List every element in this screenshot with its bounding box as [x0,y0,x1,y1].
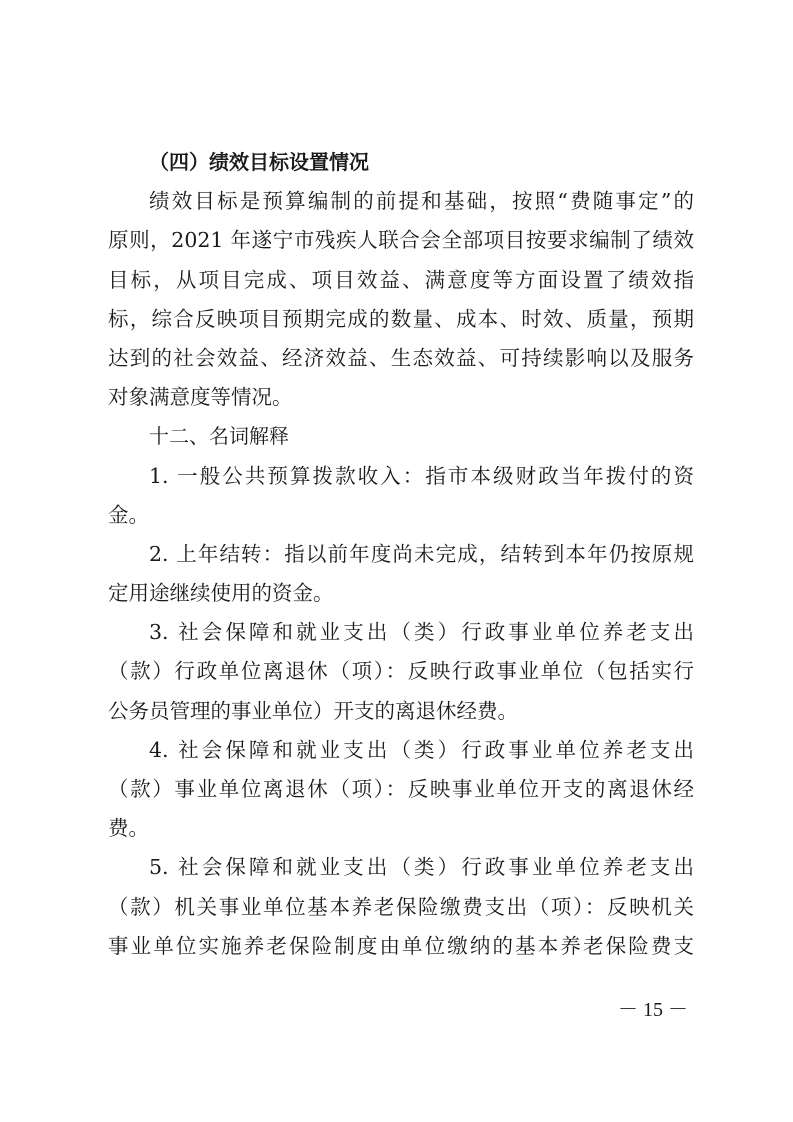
glossary-line: 金。 [108,496,694,535]
section-heading-glossary: 十二、名词解释 [108,417,694,456]
paragraph-line: 目标，从项目完成、项目效益、满意度等方面设置了绩效指 [108,261,694,300]
paragraph-line: 绩效目标是预算编制的前提和基础，按照“费随事定”的 [108,182,694,221]
glossary-line: 公务员管理的事业单位）开支的离退休经费。 [108,692,694,731]
glossary-line: （款）事业单位离退休（项）：反映事业单位开支的离退休经 [108,770,694,809]
glossary-item-2: 2. 上年结转：指以前年度尚未完成，结转到本年仍按原规 定用途继续使用的资金。 [108,535,694,613]
paragraph-line: 原则，2021 年遂宁市残疾人联合会全部项目按要求编制了绩效 [108,221,694,260]
glossary-line: 事业单位实施养老保险制度由单位缴纳的基本养老保险费支 [108,927,694,966]
glossary-line: （款）行政单位离退休（项）：反映行政事业单位（包括实行 [108,652,694,691]
page-number: － 15 － [618,993,688,1022]
paragraph-performance-goals: 绩效目标是预算编制的前提和基础，按照“费随事定”的 原则，2021 年遂宁市残疾… [108,182,694,417]
glossary-line: 5. 社会保障和就业支出（类）行政事业单位养老支出 [108,848,694,887]
glossary-line: 费。 [108,809,694,848]
glossary-line: 2. 上年结转：指以前年度尚未完成，结转到本年仍按原规 [108,535,694,574]
glossary-line: 1. 一般公共预算拨款收入：指市本级财政当年拨付的资 [108,457,694,496]
glossary-line: 4. 社会保障和就业支出（类）行政事业单位养老支出 [108,731,694,770]
glossary-item-1: 1. 一般公共预算拨款收入：指市本级财政当年拨付的资 金。 [108,457,694,535]
section-heading-performance-goals: （四）绩效目标设置情况 [108,143,694,182]
glossary-item-5: 5. 社会保障和就业支出（类）行政事业单位养老支出 （款）机关事业单位基本养老保… [108,848,694,966]
paragraph-line: 标，综合反映项目预期完成的数量、成本、时效、质量，预期 [108,300,694,339]
paragraph-line: 对象满意度等情况。 [108,378,694,417]
paragraph-line: 达到的社会效益、经济效益、生态效益、可持续影响以及服务 [108,339,694,378]
glossary-line: 3. 社会保障和就业支出（类）行政事业单位养老支出 [108,613,694,652]
document-page: （四）绩效目标设置情况 绩效目标是预算编制的前提和基础，按照“费随事定”的 原则… [108,143,694,966]
glossary-item-3: 3. 社会保障和就业支出（类）行政事业单位养老支出 （款）行政单位离退休（项）：… [108,613,694,731]
glossary-line: 定用途继续使用的资金。 [108,574,694,613]
glossary-line: （款）机关事业单位基本养老保险缴费支出（项）：反映机关 [108,888,694,927]
glossary-item-4: 4. 社会保障和就业支出（类）行政事业单位养老支出 （款）事业单位离退休（项）：… [108,731,694,849]
